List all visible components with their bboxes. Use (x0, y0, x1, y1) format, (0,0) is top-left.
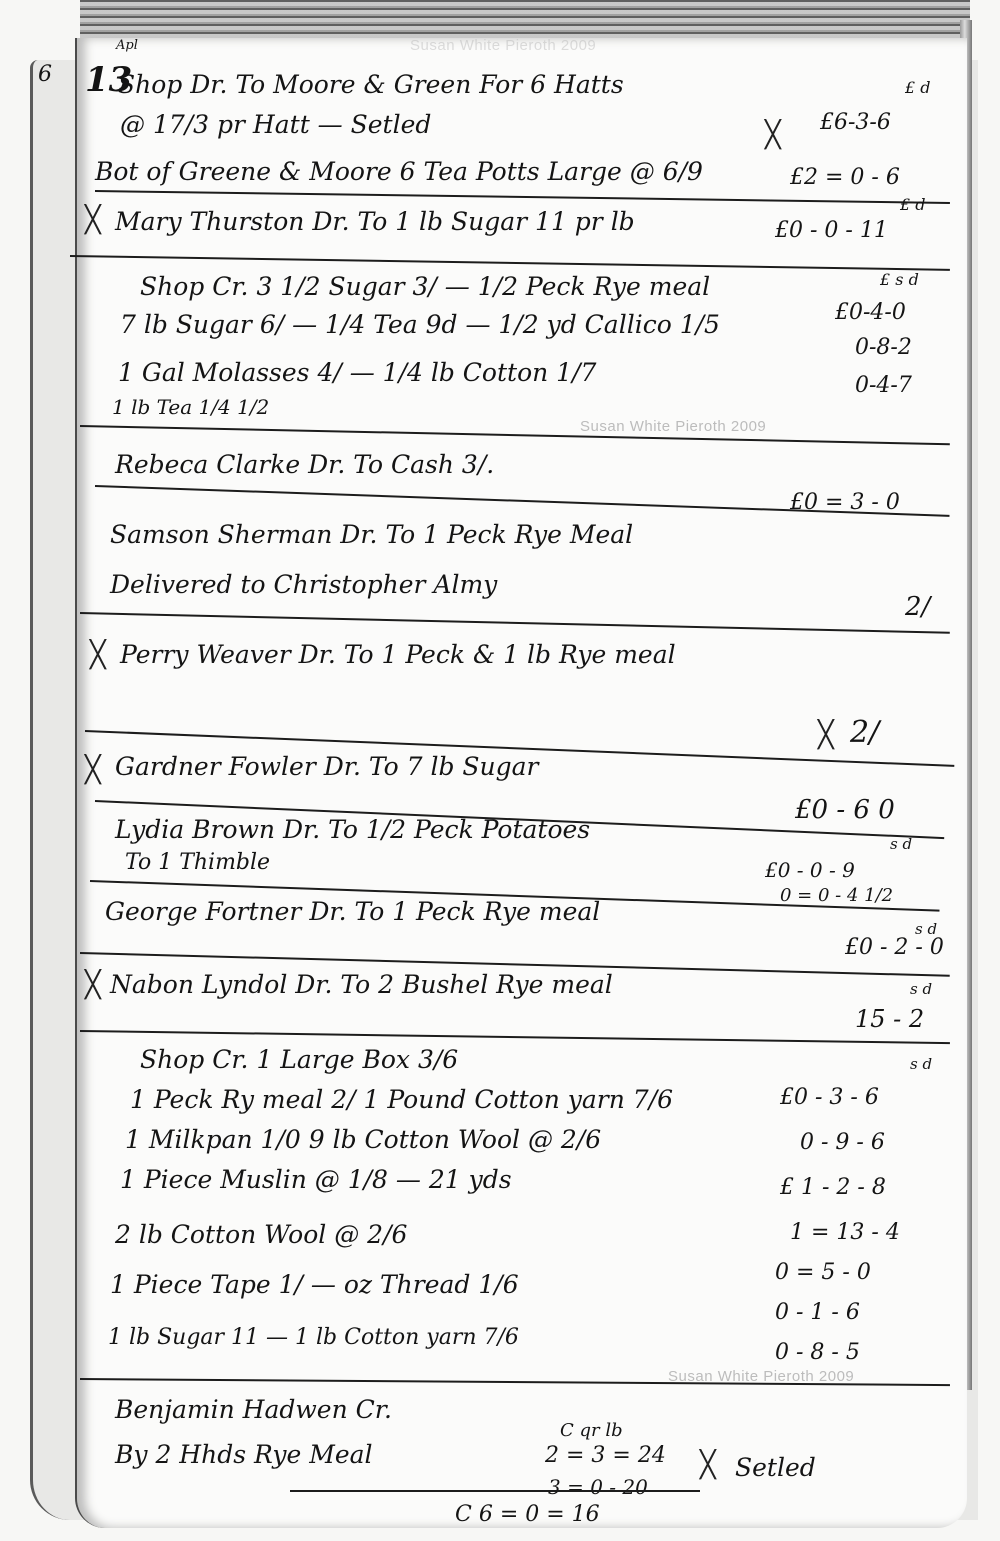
entry-amount: 0-4-7 (855, 373, 912, 398)
cross-mark-icon: ╳ (85, 970, 101, 1000)
entry-line: Rebeca Clarke Dr. To Cash 3/. (115, 450, 494, 479)
entry-line: 1 lb Tea 1/4 1/2 (112, 395, 269, 419)
entry-weight: C 6 = 0 = 16 (455, 1502, 600, 1527)
entry-line: 1 Milkpan 1/0 9 lb Cotton Wool @ 2/6 (125, 1125, 601, 1154)
entry-weight: 2 = 3 = 24 (545, 1443, 666, 1468)
cross-mark-icon: ╳ (85, 205, 101, 235)
entry-amount: 0 - 9 - 6 (800, 1130, 885, 1155)
cross-mark-icon: ╳ (85, 755, 101, 785)
entry-line: Benjamin Hadwen Cr. (115, 1395, 392, 1424)
column-header: s d (910, 980, 932, 998)
entry-line: 1 Peck Ry meal 2/ 1 Pound Cotton yarn 7/… (130, 1085, 673, 1114)
entry-line: 1 Piece Tape 1/ — oz Thread 1/6 (110, 1270, 519, 1299)
entry-amount: £0 - 2 - 0 (845, 935, 944, 960)
entry-line: Gardner Fowler Dr. To 7 lb Sugar (115, 752, 539, 781)
entry-amount: £0 - 0 - 9 (765, 858, 855, 882)
entry-line: @ 17/3 pr Hatt — Setled (120, 110, 431, 139)
entry-amount: £0 - 6 0 (795, 795, 895, 825)
entry-amount: £6-3-6 (820, 110, 891, 135)
watermark-middle: Susan White Pieroth 2009 (580, 418, 766, 435)
entry-line: Bot of Greene & Moore 6 Tea Potts Large … (95, 157, 703, 186)
entry-line: Delivered to Christopher Almy (110, 570, 497, 599)
entry-amount: 0 = 0 - 4 1/2 (780, 885, 893, 906)
entry-line: George Fortner Dr. To 1 Peck Rye meal (105, 897, 600, 926)
cross-mark-icon: ╳ (90, 640, 106, 670)
entry-line: 7 lb Sugar 6/ — 1/4 Tea 9d — 1/2 yd Call… (120, 310, 720, 339)
cross-mark-icon: ╳ (765, 120, 781, 150)
column-header: s d (910, 1055, 932, 1073)
entry-line: Shop Cr. 3 1/2 Sugar 3/ — 1/2 Peck Rye m… (140, 272, 710, 301)
entry-line: Lydia Brown Dr. To 1/2 Peck Potatoes (115, 815, 590, 844)
entry-line: Nabon Lyndol Dr. To 2 Bushel Rye meal (110, 970, 613, 999)
entry-line: 1 lb Sugar 11 — 1 lb Cotton yarn 7/6 (108, 1325, 519, 1350)
entry-line: Shop Dr. To Moore & Green For 6 Hatts (118, 70, 624, 99)
entry-line: Shop Cr. 1 Large Box 3/6 (140, 1045, 458, 1074)
margin-mark: 6 (38, 62, 52, 87)
entry-amount: £2 = 0 - 6 (790, 165, 900, 190)
settled-note: Setled (735, 1453, 816, 1482)
entry-amount: £0 - 3 - 6 (780, 1085, 879, 1110)
entry-amount: 0 - 1 - 6 (775, 1300, 860, 1325)
entry-line: 1 Gal Molasses 4/ — 1/4 lb Cotton 1/7 (118, 358, 596, 387)
entry-amount: 0-8-2 (855, 335, 912, 360)
entry-line: Samson Sherman Dr. To 1 Peck Rye Meal (110, 520, 633, 549)
entry-amount: 0 - 8 - 5 (775, 1340, 860, 1365)
entry-line: Mary Thurston Dr. To 1 lb Sugar 11 pr lb (115, 207, 635, 236)
column-header: s d (890, 835, 912, 853)
weights-header: C qr lb (560, 1420, 623, 1441)
cross-mark-icon: ╳ (818, 720, 834, 750)
sum-rule (290, 1490, 700, 1492)
entry-line: To 1 Thimble (125, 850, 270, 875)
entry-amount: £0 - 0 - 11 (775, 218, 888, 243)
entry-line: By 2 Hhds Rye Meal (115, 1440, 373, 1469)
entry-line: 1 Piece Muslin @ 1/8 — 21 yds (120, 1165, 512, 1194)
entry-line: Perry Weaver Dr. To 1 Peck & 1 lb Rye me… (120, 640, 676, 669)
entry-line: 2 lb Cotton Wool @ 2/6 (115, 1220, 407, 1249)
entry-amount: £0-4-0 (835, 300, 906, 325)
column-header: £ d (905, 78, 931, 97)
column-header: £ d (900, 195, 926, 214)
cross-mark-icon: ╳ (700, 1450, 716, 1480)
watermark-top: Susan White Pieroth 2009 (410, 37, 596, 54)
entry-weight: 3 = 0 - 20 (548, 1475, 648, 1499)
entry-amount: 2/ (905, 592, 930, 622)
page-number-superscript: Apl (116, 38, 138, 53)
entry-amount: £ 1 - 2 - 8 (780, 1175, 886, 1200)
entry-amount: 2/ (850, 715, 879, 750)
entry-amount: 1 = 13 - 4 (790, 1220, 900, 1245)
book-top-edge (80, 0, 970, 40)
entry-amount: 15 - 2 (855, 1005, 924, 1033)
entry-amount: 0 = 5 - 0 (775, 1260, 871, 1285)
column-header: £ s d (880, 270, 919, 289)
